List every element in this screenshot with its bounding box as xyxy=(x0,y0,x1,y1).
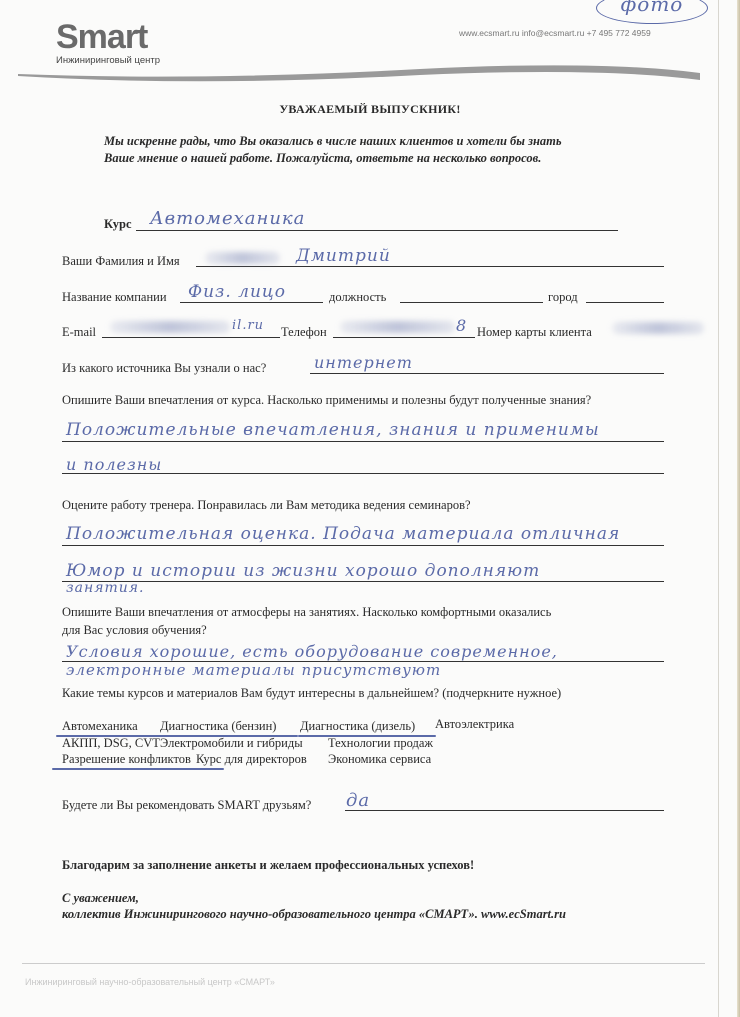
topic-underline xyxy=(52,768,224,770)
paper-edge xyxy=(718,0,719,1017)
answer-3-text-1: Условия хорошие, есть оборудование совре… xyxy=(66,642,558,661)
recommend-value: да xyxy=(346,790,370,811)
topic-auto-electrics[interactable]: Автоэлектрика xyxy=(435,717,514,732)
phone-visible-part: 8 xyxy=(456,316,467,335)
header-swoosh-decoration xyxy=(0,55,720,85)
card-label: Номер карты клиента xyxy=(477,325,592,340)
answer-2-line-1[interactable] xyxy=(62,545,664,546)
topic-sales[interactable]: Технологии продаж xyxy=(328,736,433,751)
topic-transmissions[interactable]: АКПП, DSG, CVT xyxy=(62,736,160,751)
topic-service-economics[interactable]: Экономика сервиса xyxy=(328,752,431,767)
topic-electric-hybrid[interactable]: Электромобили и гибриды xyxy=(160,736,303,751)
intro-text: Мы искренне рады, что Вы оказались в чис… xyxy=(104,133,562,167)
topic-diagnostics-petrol[interactable]: Диагностика (бензин) xyxy=(160,719,276,734)
name-value: Дмитрий xyxy=(296,246,391,266)
footer-divider xyxy=(22,963,705,964)
topic-diagnostics-diesel[interactable]: Диагностика (дизель) xyxy=(300,719,415,734)
recommend-field-line[interactable] xyxy=(345,810,664,811)
answer-3-text-2: электронные материалы присутствуют xyxy=(66,661,441,679)
footer-text: Инжиниринговый научно-образовательный це… xyxy=(25,977,275,987)
name-field-line[interactable] xyxy=(196,266,664,267)
position-label: должность xyxy=(329,290,386,305)
name-label: Ваши Фамилия и Имя xyxy=(62,254,180,269)
logo-wordmark: Smart xyxy=(56,20,160,54)
page-title: УВАЖАЕМЫЙ ВЫПУСКНИК! xyxy=(0,102,740,117)
answer-1-text-1: Положительные впечатления, знания и прим… xyxy=(66,420,600,440)
header-contacts: www.ecsmart.ru info@ecsmart.ru +7 495 77… xyxy=(459,28,651,38)
question-atmosphere-line-1: Опишите Ваши впечатления от атмосферы на… xyxy=(62,605,551,620)
email-field-line[interactable] xyxy=(102,337,280,338)
question-atmosphere-line-2: для Вас условия обучения? xyxy=(62,623,207,638)
source-label: Из какого источника Вы узнали о нас? xyxy=(62,361,266,376)
answer-2-text-1: Положительная оценка. Подача материала о… xyxy=(66,524,620,544)
question-course-impressions: Опишите Ваши впечатления от курса. Наско… xyxy=(62,393,591,408)
answer-2-line-2[interactable] xyxy=(62,581,664,582)
phone-field-line[interactable] xyxy=(333,337,475,338)
redacted-email xyxy=(110,321,230,333)
regards-text: С уважением, xyxy=(62,891,139,906)
source-field-line[interactable] xyxy=(310,373,664,374)
answer-2-text-3: занятия. xyxy=(66,580,145,596)
redacted-card-number xyxy=(612,322,704,334)
answer-1-text-2: и полезны xyxy=(66,455,162,474)
topic-directors-course[interactable]: Курс для директоров xyxy=(196,752,307,767)
city-label: город xyxy=(548,290,578,305)
answer-1-line-1[interactable] xyxy=(62,441,664,442)
course-label: Курс xyxy=(104,217,132,232)
redacted-phone xyxy=(340,321,455,333)
position-field-line[interactable] xyxy=(400,302,543,303)
company-label: Название компании xyxy=(62,290,167,305)
company-field-line[interactable] xyxy=(180,302,323,303)
intro-line-1: Мы искренне рады, что Вы оказались в чис… xyxy=(104,133,562,150)
intro-line-2: Ваше мнение о нашей работе. Пожалуйста, … xyxy=(104,150,562,167)
email-visible-part: il.ru xyxy=(232,318,264,333)
handwritten-photo-tag: фото xyxy=(596,0,708,24)
signature-text: коллектив Инжинирингового научно-образов… xyxy=(62,907,566,922)
email-label: E-mail xyxy=(62,325,96,340)
recommend-label: Будете ли Вы рекомендовать SMART друзьям… xyxy=(62,798,311,813)
answer-2-text-2: Юмор и истории из жизни хорошо дополняют xyxy=(66,561,540,581)
topic-automechanics[interactable]: Автомеханика xyxy=(62,719,138,734)
phone-label: Телефон xyxy=(281,325,327,340)
redacted-surname xyxy=(205,252,280,264)
company-value: Физ. лицо xyxy=(188,282,286,302)
city-field-line[interactable] xyxy=(586,302,664,303)
topic-conflict-resolution[interactable]: Разрешение конфликтов xyxy=(62,752,191,767)
course-value: Автомеханика xyxy=(150,208,305,229)
source-value: интернет xyxy=(314,353,413,372)
course-field-line[interactable] xyxy=(136,230,618,231)
thanks-text: Благодарим за заполнение анкеты и желаем… xyxy=(62,858,474,873)
topics-question: Какие темы курсов и материалов Вам будут… xyxy=(62,686,561,701)
question-trainer-rating: Оцените работу тренера. Понравилась ли В… xyxy=(62,498,471,513)
